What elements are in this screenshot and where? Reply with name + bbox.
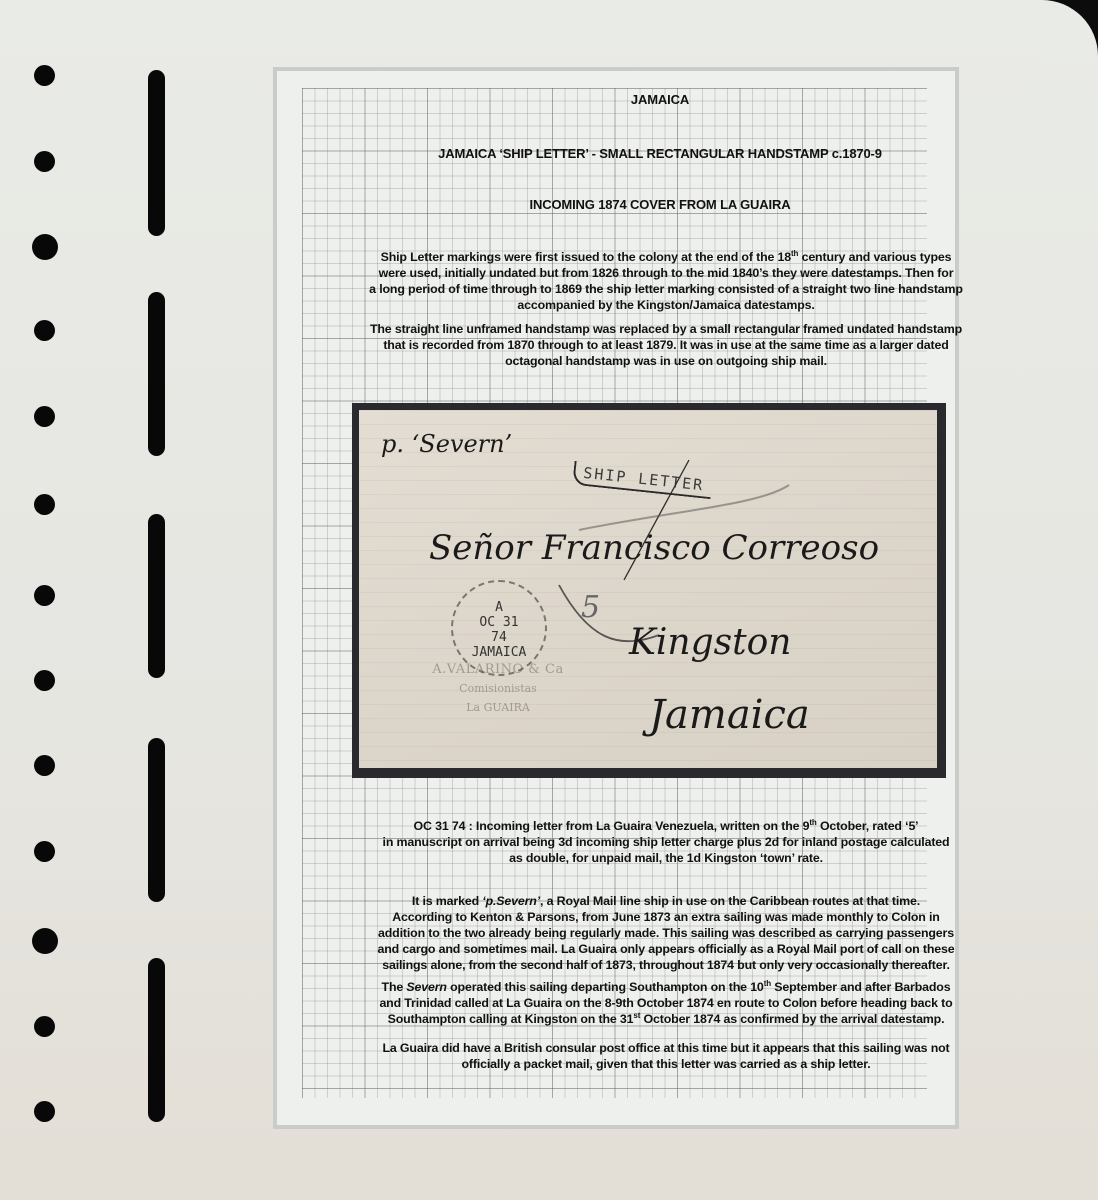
binder-hole — [34, 65, 55, 86]
addressee-line-3: Jamaica — [649, 692, 810, 738]
intro-paragraph-1: Ship Letter markings were first issued t… — [310, 249, 1022, 313]
country-heading: JAMAICA — [310, 92, 1010, 108]
addressee-line-1: Señor Francisco Correoso — [429, 528, 879, 568]
text-line: OC 31 74 : Incoming letter from La Guair… — [310, 818, 1022, 834]
description-paragraph-3: The Severn operated this sailing departi… — [310, 979, 1022, 1027]
page-subtitle: INCOMING 1874 COVER FROM LA GUAIRA — [310, 197, 1010, 213]
cachet-line: La GUAIRA — [423, 698, 573, 717]
page-title-text: JAMAICA ‘SHIP LETTER’ - SMALL RECTANGULA… — [438, 146, 882, 161]
binder-hole — [34, 841, 55, 862]
binder-hole — [34, 755, 55, 776]
text-line: were used, initially undated but from 18… — [310, 265, 1022, 281]
binder-hole — [32, 928, 58, 954]
text-line: Ship Letter markings were first issued t… — [310, 249, 1022, 265]
text-line: It is marked ‘p.Severn’, a Royal Mail li… — [310, 893, 1022, 909]
text-line: and cargo and sometimes mail. La Guaira … — [310, 941, 1022, 957]
binder-corner — [1038, 0, 1098, 60]
text-line: and Trinidad called at La Guaira on the … — [310, 995, 1022, 1011]
binder-hole — [34, 320, 55, 341]
text-line: in manuscript on arrival being 3d incomi… — [310, 834, 1022, 850]
description-paragraph-2: It is marked ‘p.Severn’, a Royal Mail li… — [310, 893, 1022, 973]
binder-slot — [148, 958, 165, 1122]
binder-slot — [148, 514, 165, 678]
cachet-line: Comisionistas — [423, 679, 573, 698]
description-paragraph-1: OC 31 74 : Incoming letter from La Guair… — [310, 818, 1022, 866]
description-paragraph-4: La Guaira did have a British consular po… — [310, 1040, 1022, 1072]
text-line: sailings alone, from the second half of … — [310, 957, 1022, 973]
text-line: Southampton calling at Kingston on the 3… — [310, 1011, 1022, 1027]
postal-cover-image: p. ‘Severn’ SHIP LETTER Señor Francisco … — [359, 410, 937, 768]
binder-slot — [148, 292, 165, 456]
text-line: According to Kenton & Parsons, from June… — [310, 909, 1022, 925]
text-line: The straight line unframed handstamp was… — [310, 321, 1022, 337]
cachet-line: A.VALARINO & Ca — [423, 660, 573, 679]
datestamp-line: 74 — [453, 630, 545, 645]
country-heading-text: JAMAICA — [631, 92, 689, 107]
page-subtitle-text: INCOMING 1874 COVER FROM LA GUAIRA — [530, 197, 791, 212]
binder-slot — [148, 70, 165, 236]
forwarder-cachet: A.VALARINO & Ca Comisionistas La GUAIRA — [423, 660, 573, 717]
text-line: addition to the two already being regula… — [310, 925, 1022, 941]
text-line: a long period of time through to 1869 th… — [310, 281, 1022, 297]
binder-hole — [34, 585, 55, 606]
binder-hole — [34, 1016, 55, 1037]
binder-hole — [34, 1101, 55, 1122]
binder-hole — [34, 494, 55, 515]
intro-paragraph-2: The straight line unframed handstamp was… — [310, 321, 1022, 369]
binder-hole — [32, 234, 58, 260]
rate-manuscript: 5 — [581, 590, 600, 625]
text-line: octagonal handstamp was in use on outgoi… — [310, 353, 1022, 369]
datestamp-line: JAMAICA — [453, 645, 545, 660]
binder-hole — [34, 406, 55, 427]
text-line: as double, for unpaid mail, the 1d Kings… — [310, 850, 1022, 866]
text-line: that is recorded from 1870 through to at… — [310, 337, 1022, 353]
text-line: La Guaira did have a British consular po… — [310, 1040, 1022, 1056]
binder-slot — [148, 738, 165, 902]
datestamp-line: A — [453, 600, 545, 615]
text-line: officially a packet mail, given that thi… — [310, 1056, 1022, 1072]
binder-hole — [34, 670, 55, 691]
addressee-line-2: Kingston — [629, 622, 791, 663]
page-title: JAMAICA ‘SHIP LETTER’ - SMALL RECTANGULA… — [310, 146, 1010, 162]
text-line: The Severn operated this sailing departi… — [310, 979, 1022, 995]
binder-hole — [34, 151, 55, 172]
datestamp-line: OC 31 — [453, 615, 545, 630]
text-line: accompanied by the Kingston/Jamaica date… — [310, 297, 1022, 313]
